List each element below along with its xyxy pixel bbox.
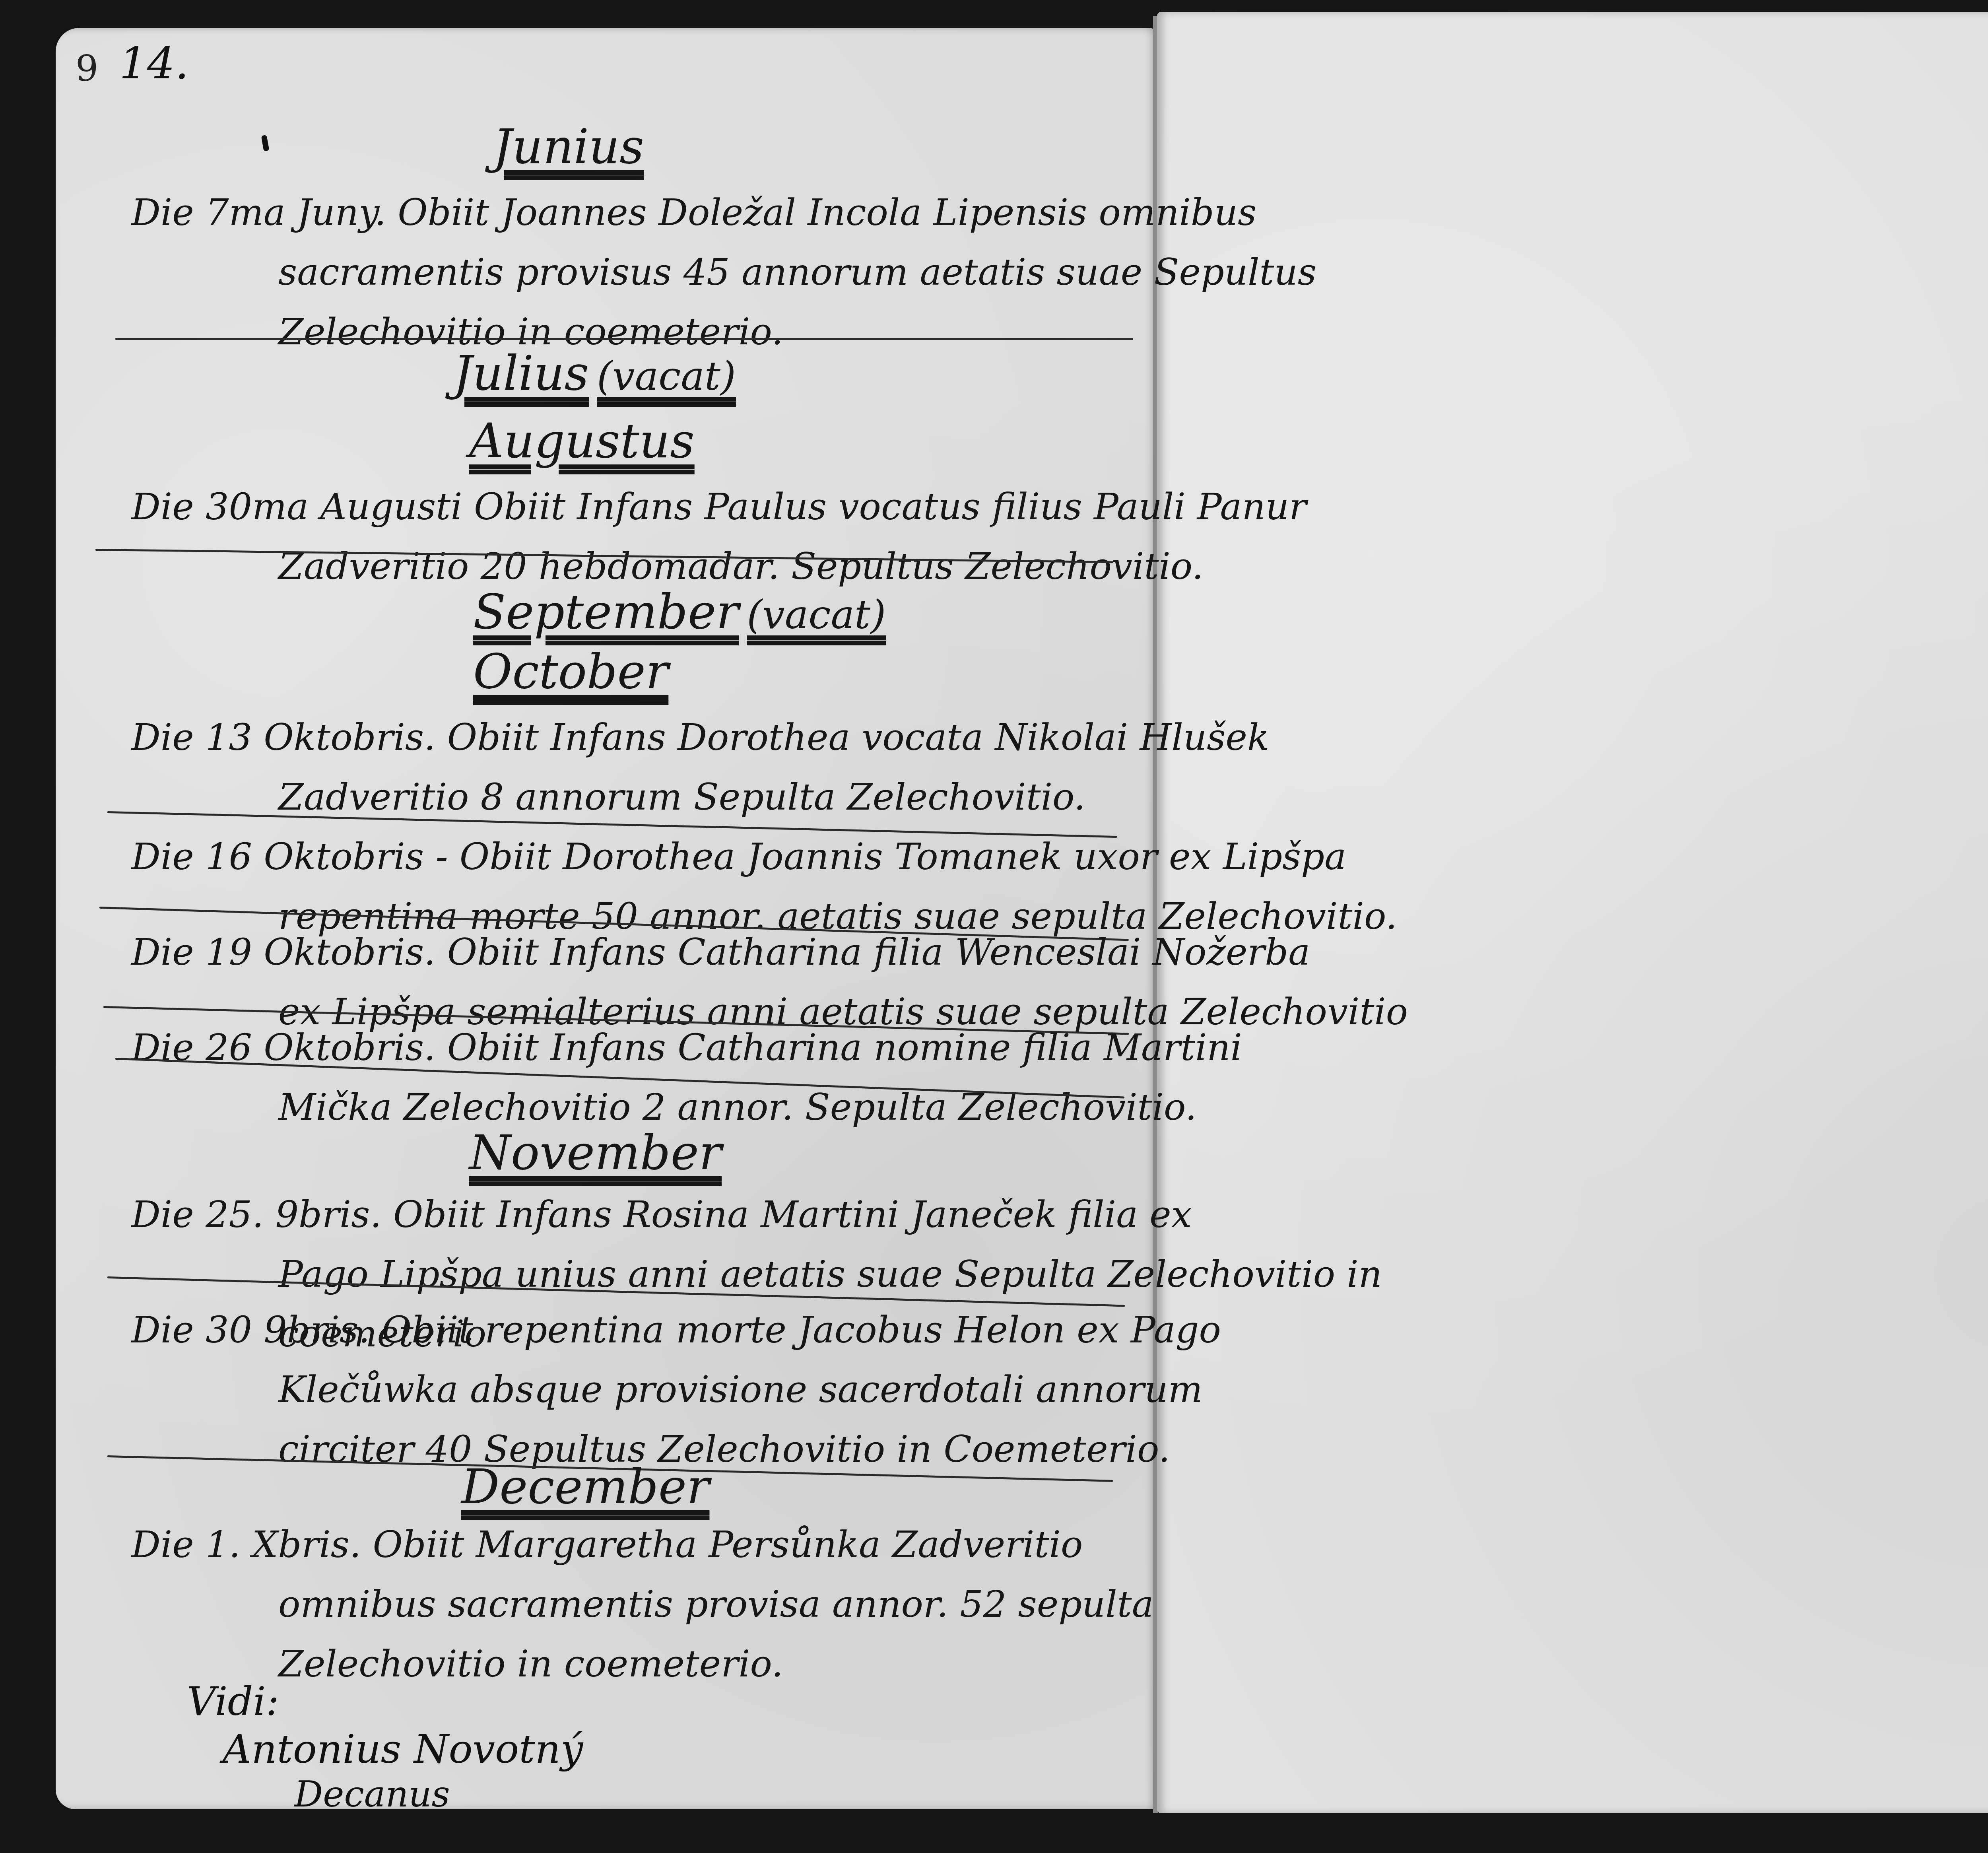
entry-november-30: Die 30 9bris. Obiit repentina morte Jaco… [131, 1300, 1125, 1479]
month-heading-julius: Julius(vacat) [453, 346, 736, 401]
entry-december-1: Die 1. Xbris. Obiit Margaretha Persůnka … [131, 1515, 1125, 1694]
month-heading-december: December [461, 1459, 709, 1515]
month-heading-november: November [469, 1125, 722, 1181]
month-heading-september: September(vacat) [473, 585, 886, 640]
folio-number: 14. [119, 38, 189, 89]
month-heading-augustus: Augustus [469, 414, 695, 469]
signature-name: Antonius Novotný [223, 1726, 583, 1772]
vidi-label: Vidi: [187, 1678, 279, 1725]
signature-title: Decanus [294, 1773, 450, 1815]
separator-rule [115, 338, 1133, 340]
old-folio-mark: 9 [76, 48, 98, 89]
entry-junius-7: Die 7ma Juny. Obiit Joannes Doležal Inco… [131, 183, 1125, 362]
document-spread: 9 14. Junius Die 7ma Juny. Obiit Joannes… [0, 0, 1988, 1853]
month-heading-october: October [473, 644, 668, 699]
entry-october-13: Die 13 Oktobris. Obiit Infans Dorothea v… [131, 708, 1125, 827]
entry-augustus-30: Die 30ma Augusti Obiit Infans Paulus voc… [131, 477, 1125, 596]
month-heading-junius: Junius [493, 119, 644, 175]
